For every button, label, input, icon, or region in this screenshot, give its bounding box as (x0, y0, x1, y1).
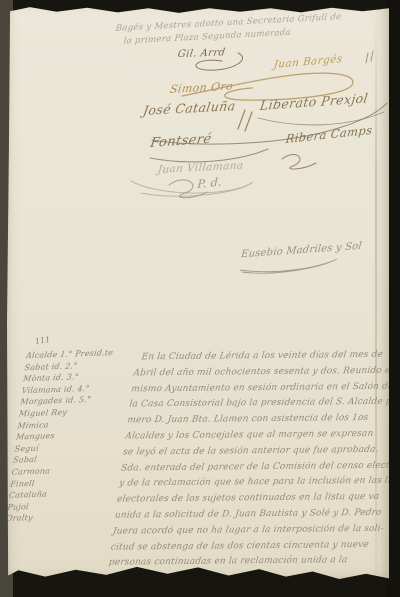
header-note: Bagés y Mestres adotto una Secretaria Gr… (114, 12, 342, 47)
signature-juan-villamana: Juan Villamana (157, 159, 244, 176)
body-line: personas continuadas en la reclamación u… (108, 553, 400, 572)
margin-item: Oralty (5, 510, 94, 525)
signature-gil-arrd: Gil. Arrd (177, 47, 226, 60)
signature-juan-barges: Juan Bargés (273, 53, 343, 71)
margin-attendance-list: Alcalde 1.° Presid.te Sabat id. 2.° Mònt… (5, 347, 114, 525)
signature-jose-cataluna: José Cataluña (142, 98, 237, 118)
signature-liberato-prexjol: Liberato Prexjol (259, 90, 369, 113)
signature-fontsere: Fontseré (149, 132, 213, 151)
side-note-signature: Eusebio Madriles y Sol (241, 241, 363, 261)
margin-mark: 111 (34, 335, 50, 346)
body-text: En la Ciudad de Lérida a los veinte días… (108, 347, 400, 572)
signature-simon-oro: Simon Oro (169, 80, 234, 96)
manuscript-page: Bagés y Mestres adotto una Secretaria Gr… (7, 6, 389, 583)
scanned-document: Bagés y Mestres adotto una Secretaria Gr… (0, 0, 400, 597)
signature-ribera-camps: Ribera Camps (285, 123, 373, 146)
signature-rubric-pd: P. d. (197, 175, 223, 191)
